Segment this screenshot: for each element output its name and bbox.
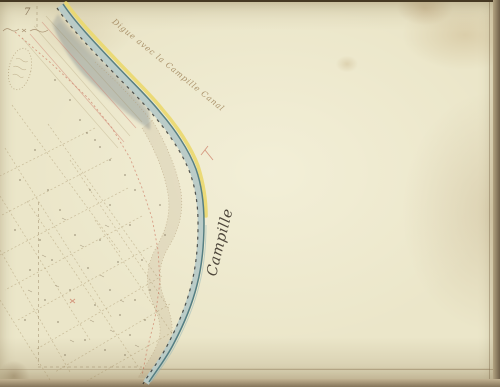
dike-grey-wash xyxy=(52,14,150,130)
handwritten-note-icon xyxy=(3,29,48,32)
sheet-number: 7 xyxy=(24,7,30,18)
scanned-cadastral-map: 7 Digue avec la Campille Canal Campille xyxy=(0,0,500,387)
map-artwork xyxy=(0,0,500,387)
oval-stamp-icon xyxy=(5,46,35,92)
